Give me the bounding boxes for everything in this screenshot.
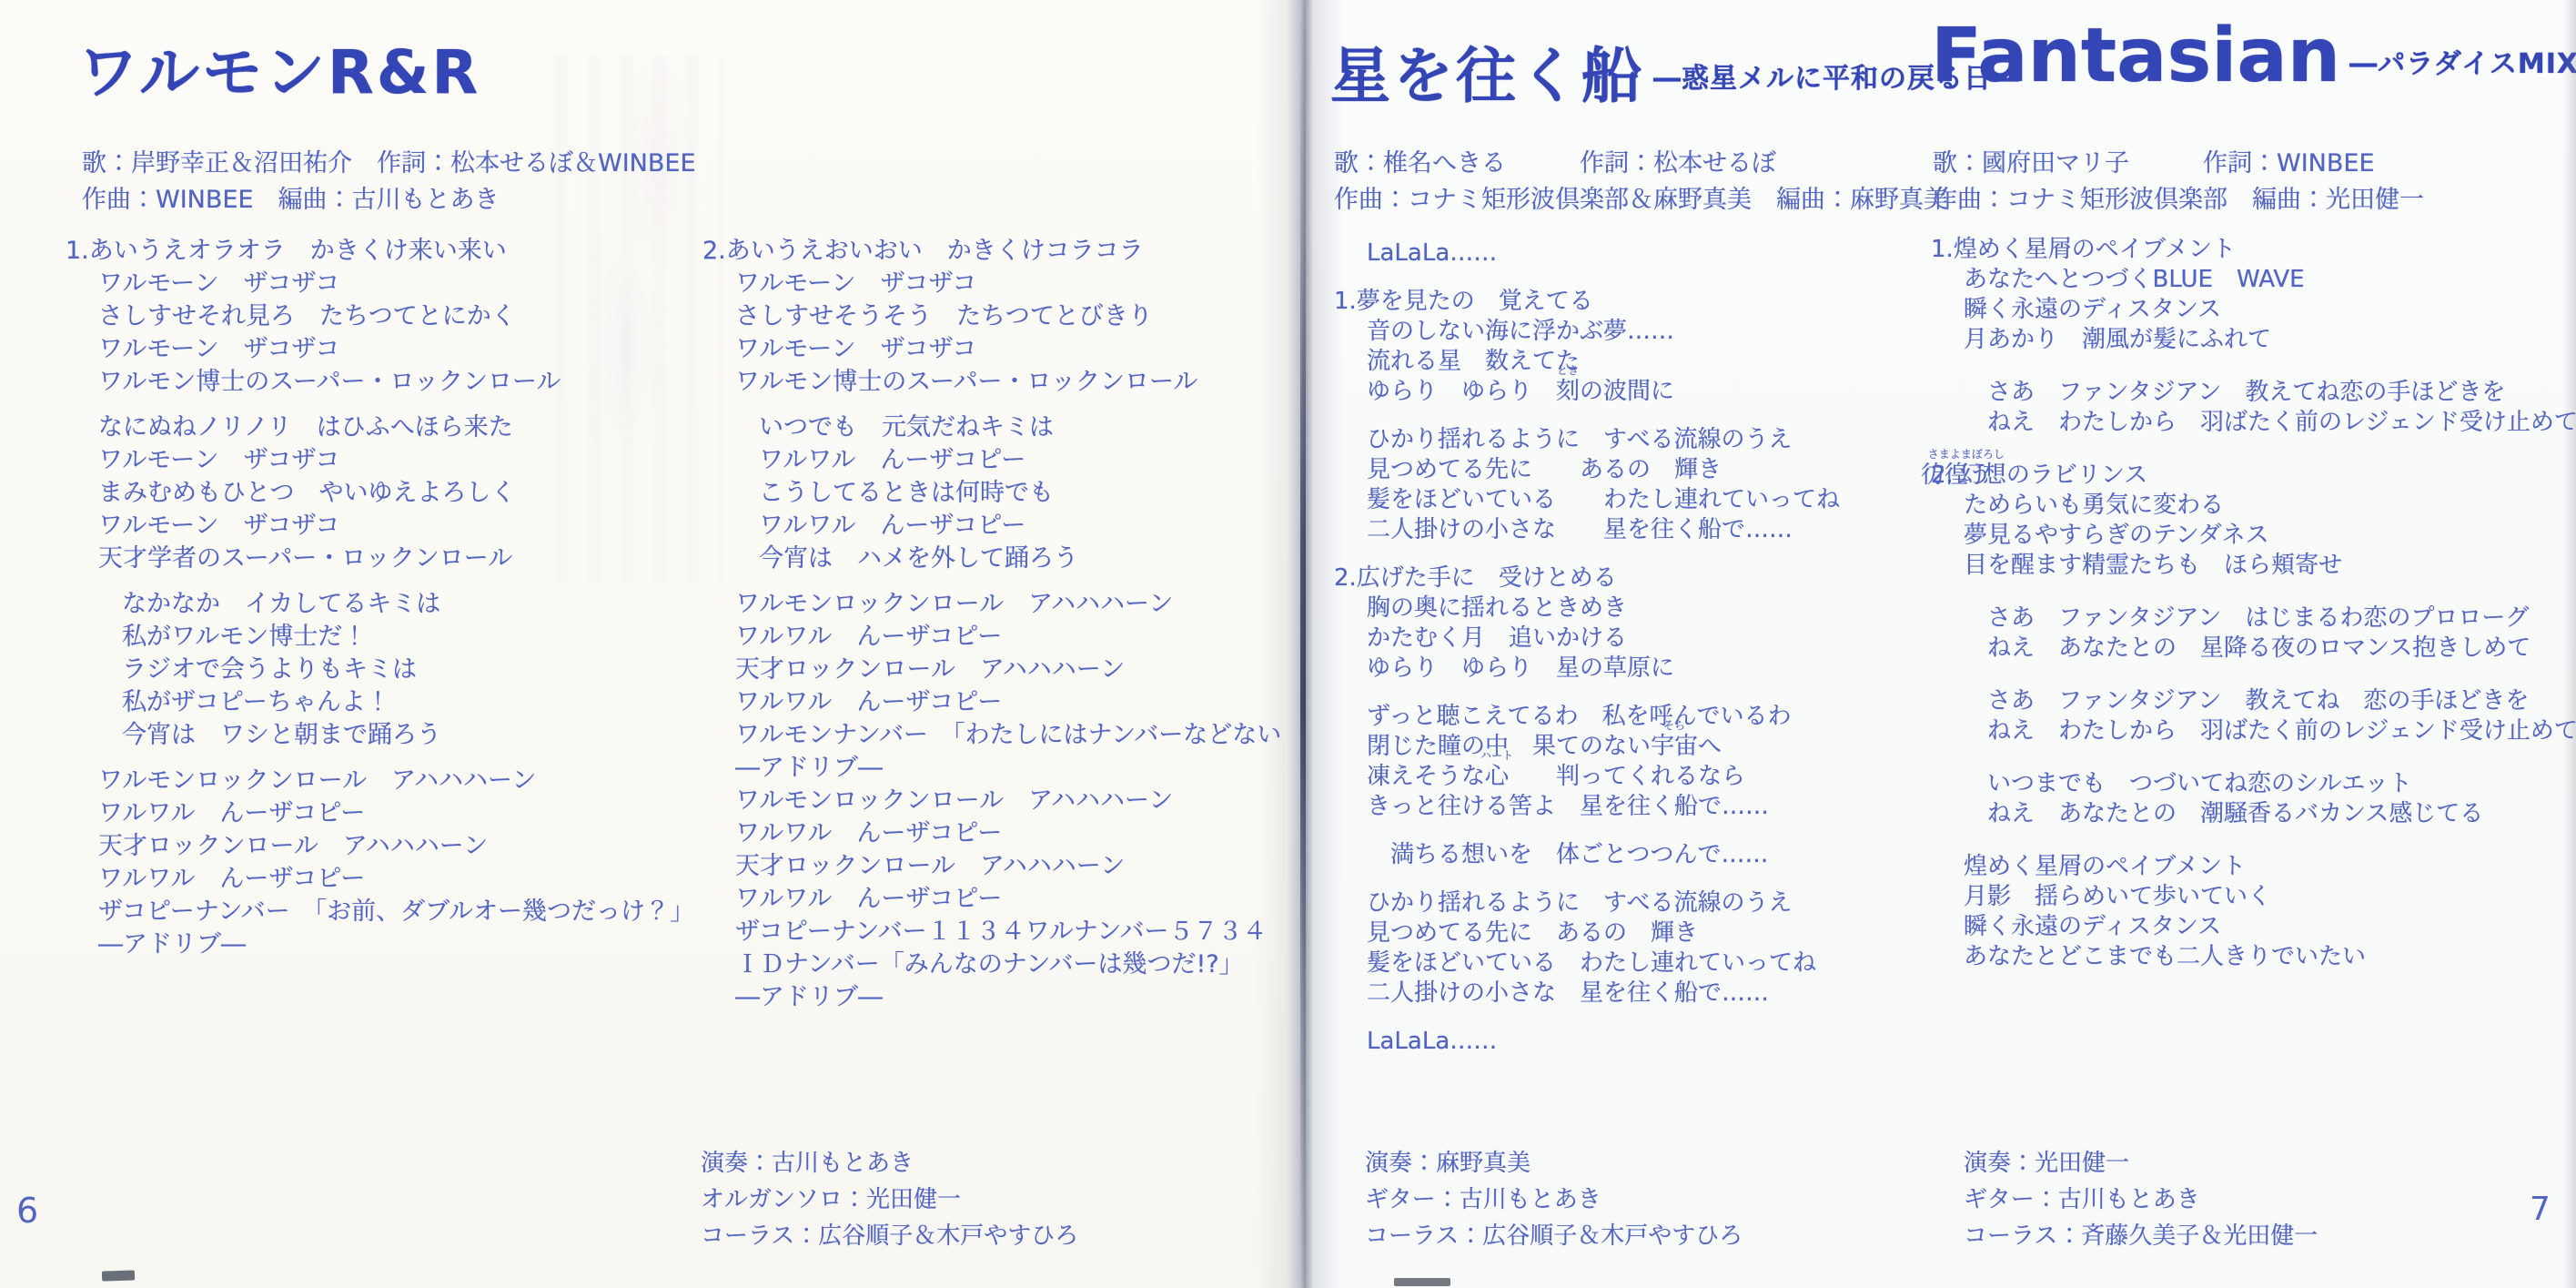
stanza: ワルモンロックンロール アハハハーンワルワル んーザコピー天才ロックンロール ア… — [66, 765, 694, 961]
lyric-line: LaLaLa…… — [1367, 238, 1840, 269]
lyric-line: 今宵は ハメを外して踊ろう — [759, 543, 1330, 575]
lyric-line: ワルモーン ザコザコ — [98, 444, 694, 477]
lyric-line: ワルモーン ザコザコ — [98, 510, 694, 543]
credit-line: オルガンソロ：光田健一 — [701, 1182, 1078, 1218]
song-credits-hoshi: 歌：椎名へきる 作詞：松本せるぼ 作曲：コナミ矩形波倶楽部＆麻野真美 編曲：麻野… — [1334, 146, 1948, 218]
lyrics-column-fantasian: 1.煌めく星屑のペイブメントあなたへとつづくBLUE WAVE瞬く永遠のディスタ… — [1931, 235, 2576, 995]
credit-line: ギター：古川もとあき — [1964, 1182, 2318, 1218]
lyric-line: ワルワル んーザコピー — [735, 621, 1330, 654]
credit-line: ギター：古川もとあき — [1365, 1182, 1743, 1218]
credit-line: 演奏：麻野真美 — [1365, 1145, 1743, 1182]
lyric-line: あなたへとつづくBLUE WAVE — [1964, 265, 2576, 295]
lyric-line: ―アドリブ― — [735, 752, 1330, 785]
stanza: 1.夢を見たの 覚えてる音のしない海に浮かぶ夢……流れる星 数えてたゆらり ゆら… — [1334, 287, 1840, 407]
lyric-line: ワルモーン ザコザコ — [98, 268, 694, 300]
stanza: LaLaLa…… — [1334, 238, 1840, 269]
lyrics-column-1: 1.あいうえオラオラ かきくけ来い来いワルモーン ザコザコさしすせそれ見ろ たち… — [66, 235, 694, 974]
credit-line: 作曲：コナミ矩形波倶楽部＆麻野真美 編曲：麻野真美 — [1334, 182, 1948, 218]
stanza: 2.彷徨さまよう幻想まぼろしのラビリンスためらいも勇気に変わる夢見るやすらぎのテ… — [1931, 461, 2576, 581]
lyric-line: 閉じた瞳の中 果てのない宇宙そらへ — [1367, 732, 1840, 762]
lyric-line: 2.あいうえおいおい かきくけコラコラ — [735, 235, 1330, 268]
stanza: ひかり揺れるように すべる流線のうえ見つめてる先に あるの 輝き髪をほどいている… — [1334, 888, 1840, 1009]
performer-credits-fantasian: 演奏：光田健一ギター：古川もとあきコーラス：斉藤久美子＆光田健一 — [1964, 1145, 2318, 1254]
lyric-line: 1.夢を見たの 覚えてる — [1367, 287, 1840, 317]
stanza: LaLaLa…… — [1334, 1027, 1840, 1057]
lyric-line: ワルワル んーザコピー — [759, 444, 1330, 477]
lyric-line: ひかり揺れるように すべる流線のうえ — [1367, 888, 1840, 918]
credit-line: 演奏：光田健一 — [1964, 1145, 2318, 1182]
song-title-text: ワルモンR&R — [78, 24, 480, 110]
lyric-line: ためらいも勇気に変わる — [1964, 491, 2576, 521]
lyric-line: ワルワル んーザコピー — [98, 863, 694, 896]
song-credits-fantasian: 歌：國府田マリ子 作詞：WINBEE 作曲：コナミ矩形波倶楽部 編曲：光田健一 — [1933, 146, 2424, 218]
lyric-line: いつでも 元気だねキミは — [759, 411, 1330, 444]
stanza: 2.あいうえおいおい かきくけコラコラワルモーン ザコザコさしすせそうそう たち… — [702, 235, 1330, 399]
page-number-6: 6 — [16, 1191, 38, 1231]
lyric-line: さしすせそうそう たちつてとびきり — [735, 300, 1330, 333]
lyric-line: ワルワル んーザコピー — [98, 797, 694, 830]
lyric-line: まみむめもひとつ やいゆえよろしく — [98, 477, 694, 510]
lyric-line: ワルモーン ザコザコ — [98, 333, 694, 366]
furigana-word: 宇宙そら — [1651, 732, 1698, 762]
lyric-line: ワルワル んーザコピー — [759, 510, 1330, 543]
credit-line: 歌：椎名へきる 作詞：松本せるぼ — [1334, 146, 1948, 182]
lyric-line: こうしてるときは何時でも — [759, 477, 1330, 510]
lyric-line: ワルモンナンバー 「わたしにはナンバーなどない！」 — [735, 719, 1330, 752]
stanza: なにぬねノリノリ はひふへほら来たワルモーン ザコザコまみむめもひとつ やいゆえ… — [66, 411, 694, 575]
performer-credits-walmon: 演奏：古川もとあきオルガンソロ：光田健一コーラス：広谷順子＆木戸やすひろ — [701, 1145, 1078, 1254]
lyric-line: 天才ロックンロール アハハハーン — [98, 830, 694, 863]
stanza: 煌めく星屑のペイブメント月影 揺らめいて歩いていく瞬く永遠のディスタンスあなたと… — [1931, 852, 2576, 972]
lyric-line: 月あかり 潮風が髪にふれて — [1964, 325, 2576, 355]
stanza: ワルモンロックンロール アハハハーンワルワル んーザコピー天才ロックンロール ア… — [702, 588, 1330, 1014]
stanza: 1.煌めく星屑のペイブメントあなたへとつづくBLUE WAVE瞬く永遠のディスタ… — [1931, 235, 2576, 355]
lyrics-column-hoshi: LaLaLa……1.夢を見たの 覚えてる音のしない海に浮かぶ夢……流れる星 数え… — [1334, 238, 1840, 1075]
lyric-line: 髪をほどいている わたし連れていってね — [1367, 485, 1840, 515]
lyric-line: あなたとどこまでも二人きりでいたい — [1964, 942, 2576, 972]
lyric-line: 今宵は ワシと朝まで踊ろう — [122, 719, 694, 752]
stanza: さあ ファンタジアン はじまるわ恋のプロローグねえ あなたとの 星降る夜のロマン… — [1931, 603, 2576, 664]
credit-line: 演奏：古川もとあき — [701, 1145, 1078, 1182]
lyric-line: ワルワル んーザコピー — [735, 817, 1330, 850]
credit-line: 歌：岸野幸正＆沼田祐介 作詞：松本せるぼ＆WINBEE — [82, 146, 696, 182]
lyric-line: 瞬く永遠のディスタンス — [1964, 912, 2576, 942]
lyric-line: さあ ファンタジアン はじまるわ恋のプロローグ — [1987, 603, 2576, 634]
lyric-line: ワルワル んーザコピー — [735, 883, 1330, 916]
lyric-line: 目を醒ます精霊たちも ほら頬寄せ — [1964, 551, 2576, 581]
song-title-text: Fantasian — [1931, 13, 2340, 99]
stanza: いつまでも つづいてね恋のシルエットねえ あなたとの 潮騒香るバカンス感じてる — [1931, 769, 2576, 829]
lyric-line: きっと往ける筈よ 星を往く船で…… — [1367, 792, 1840, 822]
furigana-word: 心ハート — [1485, 762, 1509, 792]
credit-line: 歌：國府田マリ子 作詞：WINBEE — [1933, 146, 2424, 182]
lyric-line: ゆらり ゆらり 星の草原に — [1367, 654, 1840, 684]
lyric-line: ワルモンロックンロール アハハハーン — [98, 765, 694, 797]
lyric-line: 1.あいうえオラオラ かきくけ来い来い — [98, 235, 694, 268]
lyric-line: 1.煌めく星屑のペイブメント — [1964, 235, 2576, 265]
lyric-line: ねえ あなたとの 潮騒香るバカンス感じてる — [1987, 799, 2576, 829]
scan-artifact-mark — [102, 1270, 135, 1281]
lyric-line: ゆらり ゆらり 刻ときの波間に — [1367, 377, 1840, 407]
stanza: なかなか イカしてるキミは私がワルモン博士だ！ラジオで会うよりもキミは私がザコピ… — [66, 588, 694, 752]
lyric-line: ―アドリブ― — [735, 981, 1330, 1014]
lyric-line: ワルモン博士のスーパー・ロックンロール — [735, 366, 1330, 399]
lyric-line: ねえ あなたとの 星降る夜のロマンス抱きしめて — [1987, 634, 2576, 664]
song-title-hoshi: 星を往く船 ―惑星メルに平和の戻る日― — [1330, 27, 2020, 114]
lyric-line: 2.広げた手に 受けとめる — [1367, 563, 1840, 593]
scan-edge-shadow — [2563, 0, 2576, 1288]
lyric-line: 流れる星 数えてた — [1367, 347, 1840, 377]
lyric-line: ＩＤナンバー「みんなのナンバーは幾つだ!?」 — [735, 948, 1330, 981]
stanza: 満ちる想いを 体ごとつつんで…… — [1334, 840, 1840, 870]
lyric-line: ねえ わたしから 羽ばたく前のレジェンド受け止めて — [1987, 716, 2576, 746]
lyric-line: ワルモン博士のスーパー・ロックンロール — [98, 366, 694, 399]
stanza: 2.広げた手に 受けとめる胸の奥に揺れるときめきかたむく月 追いかけるゆらり ゆ… — [1334, 563, 1840, 684]
scan-artifact-mark — [1394, 1278, 1450, 1286]
lyric-line: 胸の奥に揺れるときめき — [1367, 593, 1840, 624]
lyric-line: 夢見るやすらぎのテンダネス — [1964, 521, 2576, 551]
lyric-line: いつまでも つづいてね恋のシルエット — [1987, 769, 2576, 799]
lyric-line: ラジオで会うよりもキミは — [122, 654, 694, 686]
credit-line: 作曲：コナミ矩形波倶楽部 編曲：光田健一 — [1933, 182, 2424, 218]
lyric-line: 月影 揺らめいて歩いていく — [1964, 882, 2576, 912]
lyric-line: さあ ファンタジアン 教えてね 恋の手ほどきを — [1987, 686, 2576, 716]
lyric-line: ザコピーナンバー１１３４ワルナンバー５７３４ — [735, 916, 1330, 948]
song-title-fantasian: Fantasian ―パラダイスMIX― — [1931, 13, 2576, 99]
furigana-word: 刻とき — [1556, 377, 1580, 407]
lyric-line: 私がワルモン博士だ！ — [122, 621, 694, 654]
stanza: さあ ファンタジアン 教えてね 恋の手ほどきをねえ わたしから 羽ばたく前のレジ… — [1931, 686, 2576, 746]
left-page: ワルモンR&R 歌：岸野幸正＆沼田祐介 作詞：松本せるぼ＆WINBEE 作曲：W… — [0, 0, 1288, 1288]
lyric-line: ザコピーナンバー 「お前、ダブルオー幾つだっけ？」 — [98, 896, 694, 928]
stanza: いつでも 元気だねキミはワルワル んーザコピーこうしてるときは何時でもワルワル … — [702, 411, 1330, 575]
lyric-line: ワルモンロックンロール アハハハーン — [735, 588, 1330, 621]
lyric-line: 天才ロックンロール アハハハーン — [735, 654, 1330, 686]
song-title-walmon: ワルモンR&R — [78, 24, 480, 110]
lyric-line: ひかり揺れるように すべる流線のうえ — [1367, 425, 1840, 455]
lyric-line: LaLaLa…… — [1367, 1027, 1840, 1057]
lyric-line: 天才学者のスーパー・ロックンロール — [98, 543, 694, 575]
lyric-line: ねえ わたしから 羽ばたく前のレジェンド受け止めて — [1987, 408, 2576, 438]
lyric-line: 二人掛けの小さな 星を往く船で…… — [1367, 979, 1840, 1009]
lyric-line: 瞬く永遠のディスタンス — [1964, 295, 2576, 325]
lyric-line: さあ ファンタジアン 教えてね恋の手ほどきを — [1987, 378, 2576, 408]
song-subtitle-text: ―パラダイスMIX― — [2349, 32, 2576, 81]
lyric-line: 満ちる想いを 体ごとつつんで…… — [1390, 840, 1840, 870]
lyric-line: ワルモーン ザコザコ — [735, 268, 1330, 300]
credit-line: コーラス：広谷順子＆木戸やすひろ — [1365, 1218, 1743, 1254]
lyrics-column-2: 2.あいうえおいおい かきくけコラコラワルモーン ザコザコさしすせそうそう たち… — [702, 235, 1330, 1027]
song-credits-walmon: 歌：岸野幸正＆沼田祐介 作詞：松本せるぼ＆WINBEE 作曲：WINBEE 編曲… — [82, 146, 696, 218]
credit-line: コーラス：広谷順子＆木戸やすひろ — [701, 1218, 1078, 1254]
credit-line: コーラス：斉藤久美子＆光田健一 — [1964, 1218, 2318, 1254]
page-number-7: 7 — [2530, 1191, 2551, 1228]
lyric-line: 見つめてる先に あるの 輝き — [1367, 918, 1840, 948]
stanza: ひかり揺れるように すべる流線のうえ見つめてる先に あるの 輝き髪をほどいている… — [1334, 425, 1840, 545]
lyric-line: 二人掛けの小さな 星を往く船で…… — [1367, 515, 1840, 545]
stanza: さあ ファンタジアン 教えてね恋の手ほどきをねえ わたしから 羽ばたく前のレジェ… — [1931, 378, 2576, 438]
song-title-text: 星を往く船 — [1330, 27, 1644, 114]
performer-credits-hoshi: 演奏：麻野真美ギター：古川もとあきコーラス：広谷順子＆木戸やすひろ — [1365, 1145, 1743, 1254]
lyric-line: 煌めく星屑のペイブメント — [1964, 852, 2576, 882]
lyric-line: かたむく月 追いかける — [1367, 624, 1840, 654]
stanza: 1.あいうえオラオラ かきくけ来い来いワルモーン ザコザコさしすせそれ見ろ たち… — [66, 235, 694, 399]
lyric-line: 私がザコピーちゃんよ！ — [122, 686, 694, 719]
lyric-line: ずっと聴こえてるわ 私を呼んでいるわ — [1367, 702, 1840, 732]
stanza: ずっと聴こえてるわ 私を呼んでいるわ閉じた瞳の中 果てのない宇宙そらへ凍えそうな… — [1334, 702, 1840, 822]
lyric-line: 天才ロックンロール アハハハーン — [735, 850, 1330, 883]
lyric-line: さしすせそれ見ろ たちつてとにかく — [98, 300, 694, 333]
lyric-line: なにぬねノリノリ はひふへほら来た — [98, 411, 694, 444]
lyric-line: なかなか イカしてるキミは — [122, 588, 694, 621]
lyric-line: ―アドリブ― — [98, 928, 694, 961]
lyric-line: 髪をほどいている わたし連れていってね — [1367, 948, 1840, 979]
booklet-spread: ワルモンR&R 歌：岸野幸正＆沼田祐介 作詞：松本せるぼ＆WINBEE 作曲：W… — [0, 0, 2576, 1288]
lyric-line: ワルモンロックンロール アハハハーン — [735, 785, 1330, 817]
credit-line: 作曲：WINBEE 編曲：古川もとあき — [82, 182, 696, 218]
lyric-line: 見つめてる先に あるの 輝き — [1367, 455, 1840, 485]
lyric-line: ワルモーン ザコザコ — [735, 333, 1330, 366]
furigana-word: 幻想まぼろし — [1992, 461, 2006, 491]
lyric-line: 2.彷徨さまよう幻想まぼろしのラビリンス — [1964, 461, 2576, 491]
lyric-line: 音のしない海に浮かぶ夢…… — [1367, 317, 1840, 347]
lyric-line: ワルワル んーザコピー — [735, 686, 1330, 719]
lyric-line: 凍えそうな心ハート 判ってくれるなら — [1367, 762, 1840, 792]
